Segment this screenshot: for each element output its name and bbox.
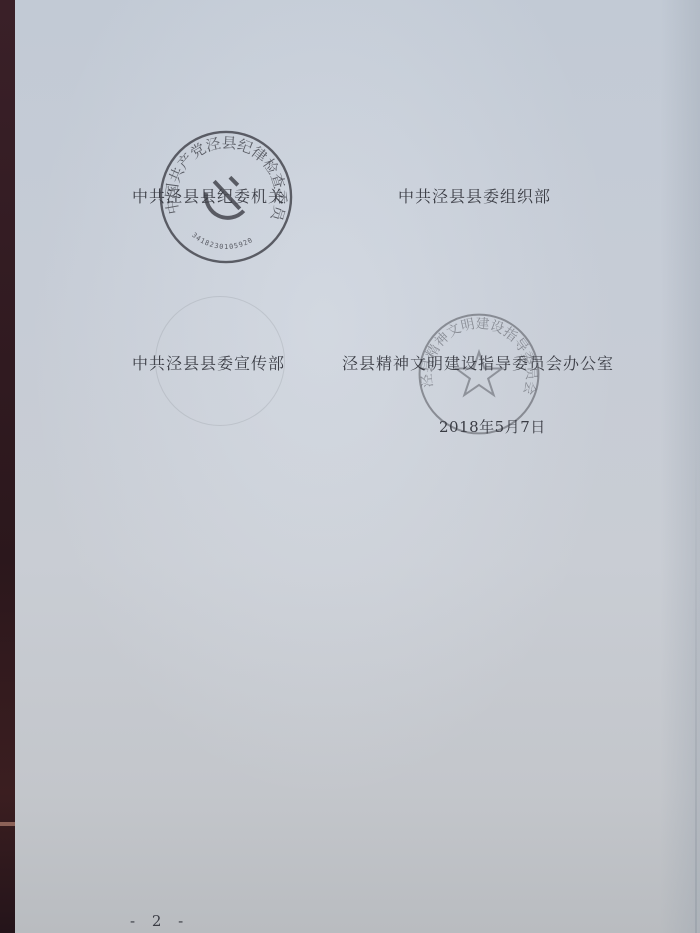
svg-text:中国共产党泾县纪律检查委员会: 中国共产党泾县纪律检查委员会 — [157, 128, 288, 224]
page-number: - 2 - — [130, 912, 189, 930]
table-edge — [0, 0, 15, 933]
table-edge-glint — [0, 822, 15, 826]
signatory-civilization-office: 泾县精神文明建设指导委员会办公室 — [342, 351, 614, 374]
signatory-discipline-commission: 中共泾县县纪委机关 — [132, 184, 285, 207]
document-date: 2018年5月7日 — [439, 416, 546, 437]
signatory-propaganda-dept: 中共泾县县委宣传部 — [132, 351, 285, 374]
paper-fold — [695, 440, 697, 933]
document-page: 中国共产党泾县纪律检查委员会 3418230105920 中共泾县县纪委机关 中… — [15, 0, 700, 933]
svg-text:3418230105920: 3418230105920 — [190, 231, 254, 251]
signatory-organization-dept: 中共泾县县委组织部 — [398, 184, 551, 207]
